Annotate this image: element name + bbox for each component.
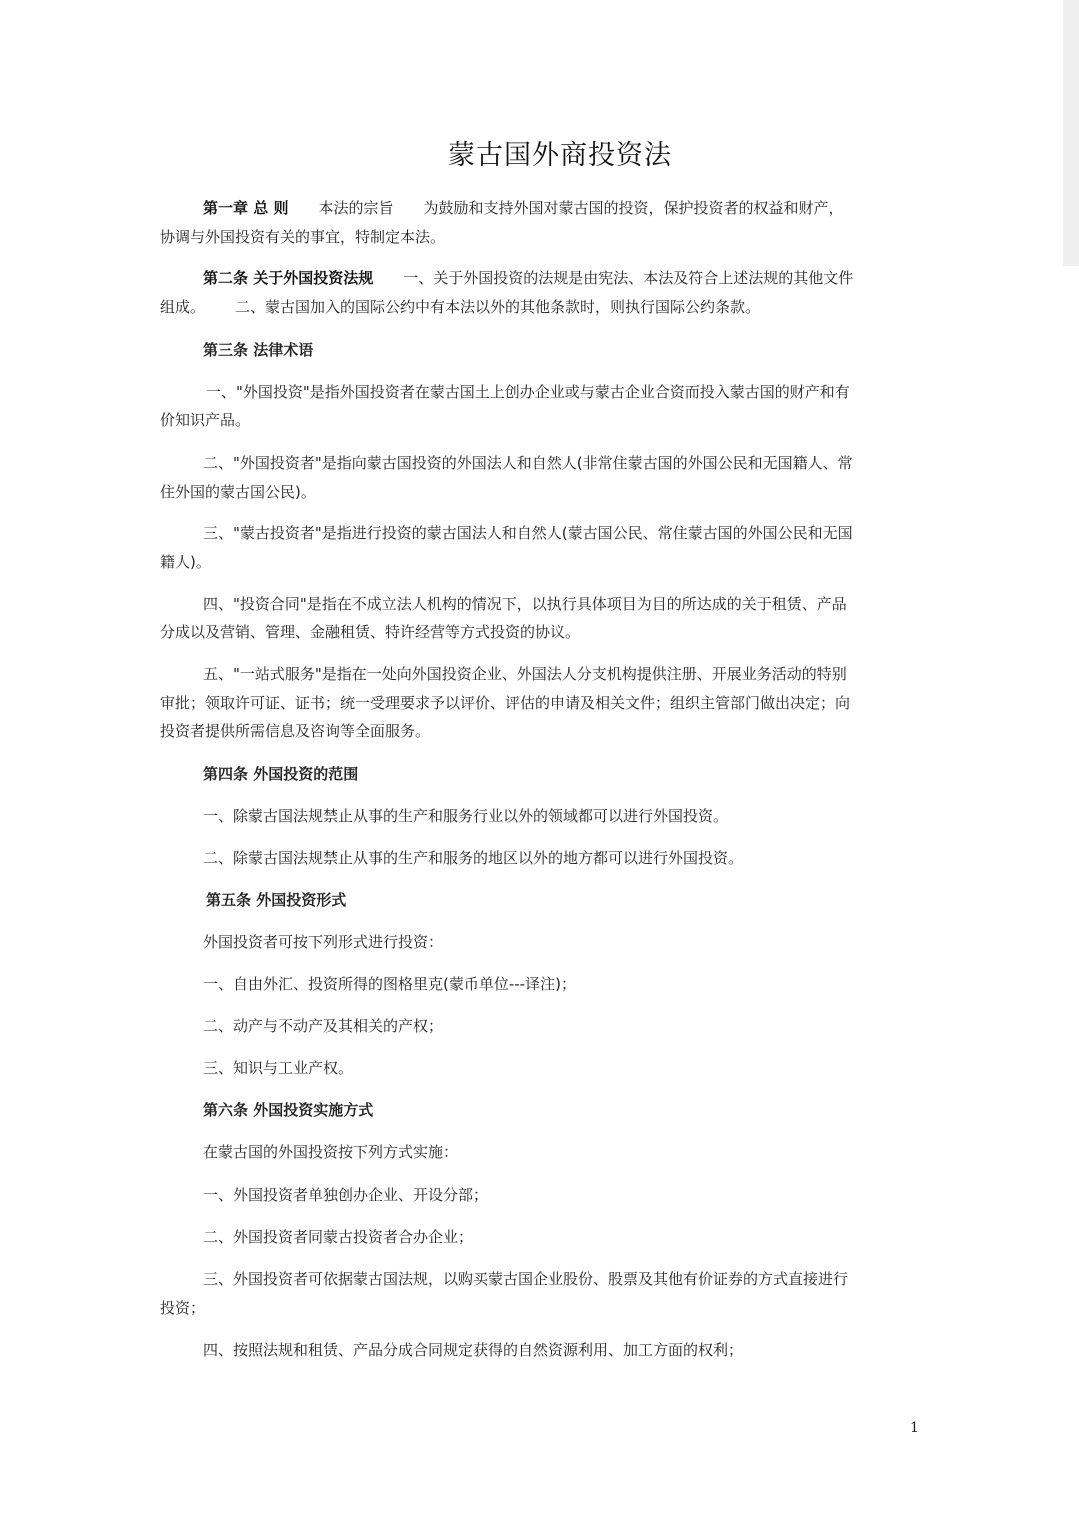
article2-line2: 组成。二、蒙古国加入的国际公约中有本法以外的其他条款时，则执行国际公约条款。 xyxy=(160,293,760,321)
article3-heading: 第三条 法律术语 xyxy=(203,336,313,364)
article6-item3-line2: 投资； xyxy=(160,1294,205,1322)
article4-item1: 一、除蒙古国法规禁止从事的生产和服务行业以外的领域都可以进行外国投资。 xyxy=(203,802,728,830)
document-title: 蒙古国外商投资法 xyxy=(0,133,1079,172)
article5-item1: 一、自由外汇、投资所得的图格里克(蒙币单位---译注)； xyxy=(203,970,576,998)
chapter1-subject: 本法的宗旨 xyxy=(318,199,393,217)
article5-heading: 第五条 外国投资形式 xyxy=(206,886,346,914)
article3-item3-line1: 三、"蒙古投资者"是指进行投资的蒙古国法人和自然人(蒙古国公民、常住蒙古国的外国… xyxy=(203,519,853,547)
article4-heading: 第四条 外国投资的范围 xyxy=(203,760,358,788)
article5-intro: 外国投资者可按下列形式进行投资： xyxy=(203,928,443,956)
article3-item5-line1: 五、"一站式服务"是指在一处向外国投资企业、外国法人分支机构提供注册、开展业务活… xyxy=(203,660,847,688)
article6-heading: 第六条 外国投资实施方式 xyxy=(203,1096,373,1124)
page-number: 1 xyxy=(910,1420,919,1436)
article6-item1: 一、外国投资者单独创办企业、开设分部； xyxy=(203,1181,488,1209)
chapter1-line1: 第一章 总 则本法的宗旨为鼓励和支持外国对蒙古国的投资，保护投资者的权益和财产， xyxy=(203,194,843,222)
document-page: 蒙古国外商投资法 第一章 总 则本法的宗旨为鼓励和支持外国对蒙古国的投资，保护投… xyxy=(0,0,1063,1514)
article3-item1-line1: 一、"外国投资"是指外国投资者在蒙古国土上创办企业或与蒙古企业合资而投入蒙古国的… xyxy=(206,378,850,406)
article5-item3: 三、知识与工业产权。 xyxy=(203,1054,353,1082)
article2-item2: 二、蒙古国加入的国际公约中有本法以外的其他条款时，则执行国际公约条款。 xyxy=(235,298,760,316)
article2-line1: 第二条 关于外国投资法规一、关于外国投资的法规是由宪法、本法及符合上述法规的其他… xyxy=(203,264,853,292)
article3-item4-line1: 四、"投资合同"是指在不成立法人机构的情况下，以执行具体项目为目的所达成的关于租… xyxy=(203,590,847,618)
article3-item5-line3: 投资者提供所需信息及咨询等全面服务。 xyxy=(160,717,430,745)
article3-item2-line2: 住外国的蒙古国公民)。 xyxy=(160,478,316,506)
article3-item3-line2: 籍人)。 xyxy=(160,548,211,576)
article2-item1-end: 组成。 xyxy=(160,298,205,316)
article6-item2: 二、外国投资者同蒙古投资者合办企业； xyxy=(203,1223,473,1251)
article5-item2: 二、动产与不动产及其相关的产权； xyxy=(203,1012,443,1040)
chapter1-line2: 协调与外国投资有关的事宜，特制定本法。 xyxy=(160,223,445,251)
chapter1-heading: 第一章 总 则 xyxy=(203,199,288,217)
article6-item4: 四、按照法规和租赁、产品分成合同规定获得的自然资源利用、加工方面的权利； xyxy=(203,1336,743,1364)
article3-item5-line2: 审批；领取许可证、证书；统一受理要求予以评价、评估的申请及相关文件；组织主管部门… xyxy=(160,689,850,717)
article6-intro: 在蒙古国的外国投资按下列方式实施： xyxy=(203,1138,458,1166)
article3-item2-line1: 二、"外国投资者"是指向蒙古国投资的外国法人和自然人(非常住蒙古国的外国公民和无… xyxy=(203,449,853,477)
chapter1-text: 为鼓励和支持外国对蒙古国的投资，保护投资者的权益和财产， xyxy=(423,199,843,217)
article2-item1: 一、关于外国投资的法规是由宪法、本法及符合上述法规的其他文件 xyxy=(403,269,853,287)
article3-item4-line2: 分成以及营销、管理、金融租赁、特许经营等方式投资的协议。 xyxy=(160,618,580,646)
article4-item2: 二、除蒙古国法规禁止从事的生产和服务的地区以外的地方都可以进行外国投资。 xyxy=(203,844,743,872)
article6-item3-line1: 三、外国投资者可依据蒙古国法规，以购买蒙古国企业股份、股票及其他有价证券的方式直… xyxy=(203,1265,848,1293)
article2-heading: 第二条 关于外国投资法规 xyxy=(203,269,373,287)
article3-item1-line2: 价知识产品。 xyxy=(160,406,250,434)
